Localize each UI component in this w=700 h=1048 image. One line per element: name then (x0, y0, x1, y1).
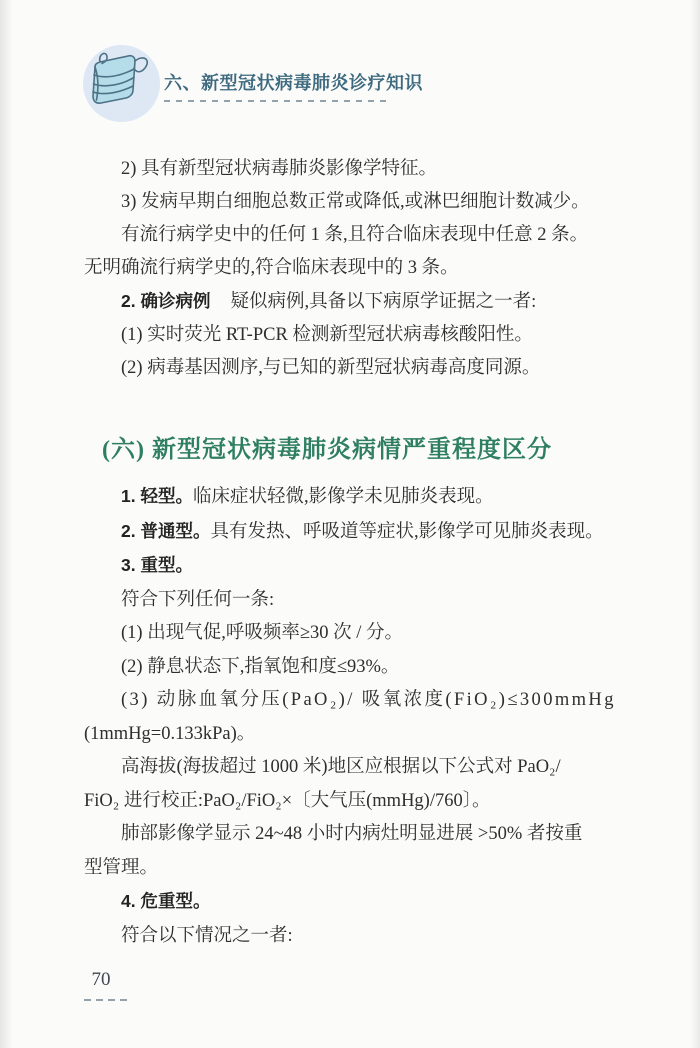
chapter-title: 六、新型冠状病毒肺炎诊疗知识 (164, 69, 423, 95)
body-line: 3. 重型。 (84, 549, 617, 584)
body-text: 3) 发病早期白细胞总数正常或降低,或淋巴细胞计数减少。 (121, 192, 590, 212)
body-line: 1. 轻型。临床症状轻微,影像学未见肺炎表现。 (84, 480, 617, 515)
body-line: 符合下列任何一条: (84, 584, 617, 618)
body-line: 肺部影像学显示 24~48 小时内病灶明显进展 >50% 者按重 (84, 818, 617, 852)
body-line: 2. 普通型。具有发热、呼吸道等症状,影像学可见肺炎表现。 (84, 515, 617, 550)
body-line: (1) 实时荧光 RT-PCR 检测新型冠状病毒核酸阳性。 (84, 319, 617, 352)
body-text: 2) 具有新型冠状病毒肺炎影像学特征。 (121, 159, 437, 179)
page-number: 70 (79, 969, 123, 991)
body-line: 4. 危重型。 (84, 885, 617, 920)
body-line: 高海拔(海拔超过 1000 米)地区应根据以下公式对 PaO₂/ (84, 751, 617, 785)
body-text: (1) 出现气促,呼吸频率≥30 次 / 分。 (121, 623, 403, 643)
body-line: 2. 确诊病例疑似病例,具备以下病原学证据之一者: (84, 285, 617, 319)
item-label: 2. 确诊病例 (121, 291, 210, 311)
body-text: (2) 静息状态下,指氧饱和度≤93%。 (121, 657, 399, 677)
body-text: 具有发热、呼吸道等症状,影像学可见肺炎表现。 (210, 522, 603, 542)
body-line: (2) 静息状态下,指氧饱和度≤93%。 (84, 651, 617, 685)
document-page: 六、新型冠状病毒肺炎诊疗知识 2) 具有新型冠状病毒肺炎影像学特征。 3) 发病… (0, 0, 700, 1048)
body-text: 临床症状轻微,影像学未见肺炎表现。 (193, 487, 494, 507)
body-text: 高海拔(海拔超过 1000 米)地区应根据以下公式对 PaO₂/ (121, 757, 561, 777)
body-line: 型管理。 (84, 852, 617, 886)
body-text: FiO₂ 进行校正:PaO₂/FiO₂×〔大气压(mmHg)/760〕。 (84, 791, 490, 811)
item-label: 2. 普通型。 (121, 521, 210, 541)
body-text: 有流行病学史中的任何 1 条,且符合临床表现中任意 2 条。 (121, 225, 588, 245)
item-label: 4. 危重型。 (121, 891, 210, 911)
footer-dashes (84, 999, 127, 1001)
face-mask-icon (83, 45, 160, 122)
item-label: 3. 重型。 (121, 555, 193, 575)
body-line: 符合以下情况之一者: (84, 920, 617, 954)
body-text: (1mmHg=0.133kPa)。 (84, 724, 255, 744)
section-heading: (六) 新型冠状病毒肺炎病情严重程度区分 (102, 429, 552, 464)
body-block-lower: 1. 轻型。临床症状轻微,影像学未见肺炎表现。 2. 普通型。具有发热、呼吸道等… (84, 480, 617, 953)
body-text: (3) 动脉血氧分压(PaO₂)/ 吸氧浓度(FiO₂)≤300mmHg (121, 690, 616, 710)
body-text: 型管理。 (84, 858, 158, 878)
body-text: (1) 实时荧光 RT-PCR 检测新型冠状病毒核酸阳性。 (121, 325, 533, 345)
body-text: 疑似病例,具备以下病原学证据之一者: (230, 292, 536, 312)
body-text: 符合以下情况之一者: (121, 926, 293, 946)
mask-badge (83, 45, 160, 122)
body-line: (3) 动脉血氧分压(PaO₂)/ 吸氧浓度(FiO₂)≤300mmHg (84, 684, 617, 718)
body-line: 3) 发病早期白细胞总数正常或降低,或淋巴细胞计数减少。 (84, 186, 617, 219)
body-line: 2) 具有新型冠状病毒肺炎影像学特征。 (84, 153, 617, 186)
body-line: (1mmHg=0.133kPa)。 (84, 718, 617, 752)
body-text: 无明确流行病学史的,符合临床表现中的 3 条。 (84, 258, 459, 278)
body-line: (1) 出现气促,呼吸频率≥30 次 / 分。 (84, 617, 617, 651)
dashed-underline (164, 100, 392, 102)
body-text: 肺部影像学显示 24~48 小时内病灶明显进展 >50% 者按重 (121, 824, 582, 844)
body-line: FiO₂ 进行校正:PaO₂/FiO₂×〔大气压(mmHg)/760〕。 (84, 785, 617, 819)
body-line: (2) 病毒基因测序,与已知的新型冠状病毒高度同源。 (84, 352, 617, 385)
body-line: 无明确流行病学史的,符合临床表现中的 3 条。 (84, 252, 617, 285)
body-text: 符合下列任何一条: (121, 590, 274, 610)
body-text: (2) 病毒基因测序,与已知的新型冠状病毒高度同源。 (121, 358, 540, 378)
body-line: 有流行病学史中的任何 1 条,且符合临床表现中任意 2 条。 (84, 219, 617, 252)
body-block-upper: 2) 具有新型冠状病毒肺炎影像学特征。 3) 发病早期白细胞总数正常或降低,或淋… (84, 153, 617, 385)
item-label: 1. 轻型。 (121, 486, 193, 506)
